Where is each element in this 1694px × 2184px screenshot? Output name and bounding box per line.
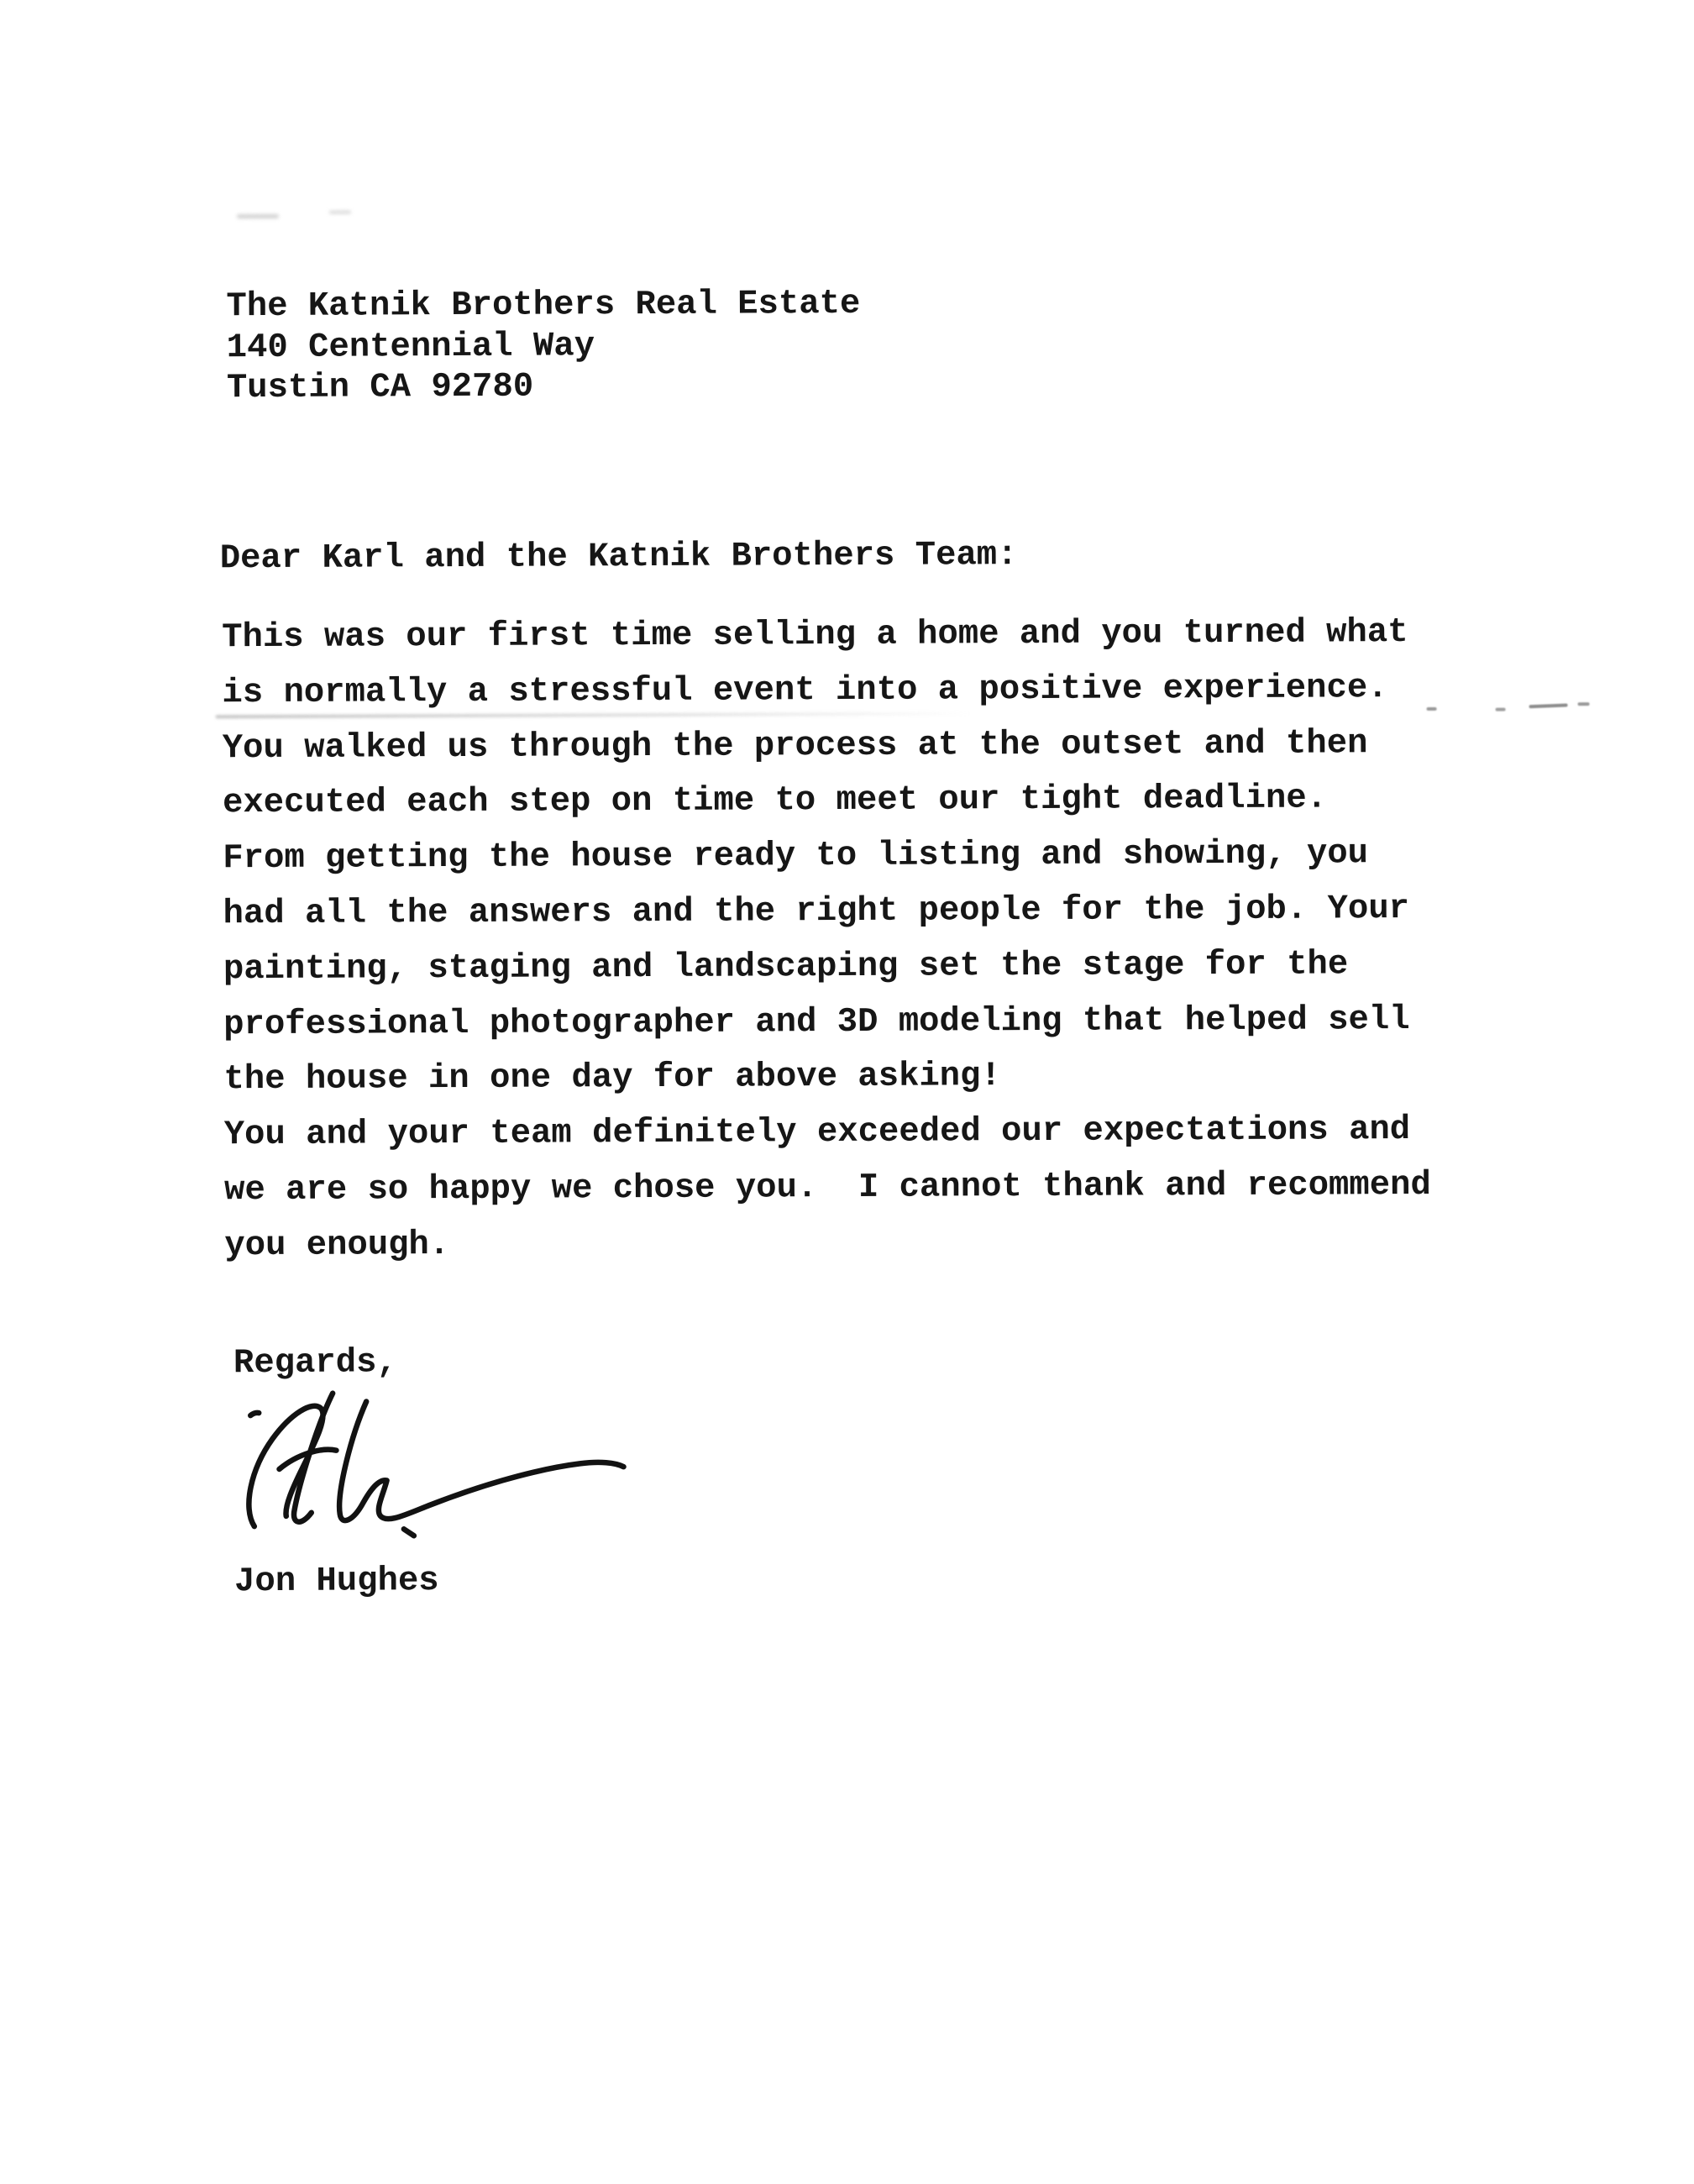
body-line: painting, staging and landscaping set th… (223, 937, 1430, 998)
scan-smudge-dash (1496, 708, 1506, 711)
scan-smudge-dash (1578, 702, 1590, 706)
salutation: Dear Karl and the Katnik Brothers Team: (220, 535, 1018, 579)
recipient-address-line: The Katnik Brothers Real Estate (226, 284, 860, 328)
letter-body: This was our first time selling a home a… (222, 606, 1431, 1274)
recipient-address-line: Tustin CA 92780 (227, 365, 861, 409)
recipient-address-block: The Katnik Brothers Real Estate 140 Cent… (226, 284, 861, 409)
body-line: You and your team definitely exceeded ou… (224, 1103, 1431, 1163)
body-line: You walked us through the process at the… (223, 717, 1429, 777)
body-line: the house in one day for above asking! (223, 1047, 1430, 1108)
body-line: This was our first time selling a home a… (222, 606, 1429, 666)
body-line: you enough. (224, 1214, 1431, 1274)
scan-smudge-faint (329, 211, 351, 214)
letter-content: The Katnik Brothers Real Estate 140 Cent… (0, 0, 1694, 2184)
body-line: executed each step on time to meet our t… (223, 771, 1429, 832)
recipient-address-line: 140 Centennial Way (227, 324, 861, 368)
body-line: is normally a stressful event into a pos… (222, 661, 1429, 722)
body-line: we are so happy we chose you. I cannot t… (224, 1158, 1431, 1219)
scan-smudge-faint (237, 214, 279, 218)
body-line: professional photographer and 3D modelin… (223, 993, 1430, 1053)
scanned-letter-page: The Katnik Brothers Real Estate 140 Cent… (0, 0, 1694, 2184)
scan-smudge-dash (1529, 703, 1568, 708)
signature-name: Jon Hughes (234, 1561, 439, 1602)
closing: Regards, (233, 1342, 397, 1383)
body-line: had all the answers and the right people… (223, 882, 1429, 942)
body-line: From getting the house ready to listing … (223, 827, 1429, 887)
signature-icon (242, 1383, 631, 1543)
